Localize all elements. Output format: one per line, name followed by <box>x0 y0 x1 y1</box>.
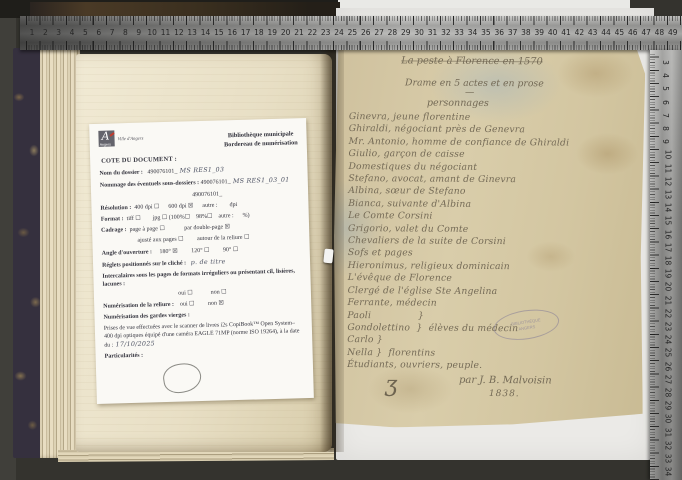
horizontal-ruler: 1234567891011121314151617181920212223242… <box>20 16 682 50</box>
ruler-number: 6 <box>93 28 105 37</box>
ruler-number: 41 <box>560 28 572 37</box>
ruler-number: 22 <box>306 28 318 37</box>
ruler-number: 46 <box>627 28 639 37</box>
ruler-number: 12 <box>173 28 185 37</box>
form-field-label: Angle d'ouverture : <box>102 249 152 256</box>
ruler-number: 27 <box>663 375 672 385</box>
ruler-number: 21 <box>663 295 672 305</box>
ruler-number: 4 <box>66 28 78 37</box>
handwritten-value: MS RES1_03 <box>177 167 224 175</box>
ruler-number: 43 <box>587 28 599 37</box>
ruler-ticks <box>26 41 682 50</box>
ruler-number: 3 <box>661 60 670 65</box>
form-field-label: Numérisation de la reliure : <box>103 302 174 310</box>
manuscript-separator: — <box>465 89 635 98</box>
manuscript-signature: par J. B. Malvoisin <box>459 374 552 386</box>
form-field-label: Cadrage : <box>101 227 127 234</box>
stamp-line2: ANGERS <box>518 323 535 331</box>
ruler-number: 16 <box>226 28 238 37</box>
metal-clip-glint <box>323 249 333 264</box>
ruler-number: 28 <box>386 28 398 37</box>
ruler-number: 18 <box>663 256 672 266</box>
ruler-number: 36 <box>493 28 505 37</box>
ruler-number: 47 <box>640 28 652 37</box>
ruler-number: 24 <box>333 28 345 37</box>
ruler-number: 31 <box>427 28 439 37</box>
ruler-number: 22 <box>663 309 672 319</box>
ruler-number: 13 <box>663 190 672 200</box>
ruler-number: 28 <box>663 388 672 398</box>
form-field-text: 490076101_ <box>192 191 222 198</box>
ruler-number: 11 <box>160 28 172 37</box>
ruler-number: 30 <box>663 414 672 424</box>
form-field-text: ajusté aux pages ☐ autour de la reliure … <box>137 235 249 244</box>
ruler-number: 24 <box>663 335 672 345</box>
ruler-number: 19 <box>266 28 278 37</box>
ruler-number: 7 <box>661 113 670 118</box>
ruler-number: 37 <box>507 28 519 37</box>
manuscript-subtitle: Drame en 5 actes et en prose <box>405 77 635 90</box>
form-row: Intercalaires sous les pages de formats … <box>102 268 301 289</box>
ruler-number: 27 <box>373 28 385 37</box>
ruler-number: 26 <box>663 361 672 371</box>
ruler-number: 15 <box>663 216 672 226</box>
handwritten-value: 17/10/2025 <box>113 340 155 348</box>
form-field-label: Réglets positionnés sur le cliché : <box>102 260 186 268</box>
ruler-number: 17 <box>240 28 252 37</box>
form-field-text: page à page ☐ par double-page ☒ <box>127 224 231 233</box>
form-row: 490076101_ <box>192 189 299 200</box>
ruler-number: 18 <box>253 28 265 37</box>
ruler-number: 14 <box>663 203 672 213</box>
ruler-number: 20 <box>280 28 292 37</box>
ruler-number: 21 <box>293 28 305 37</box>
ruler-number: 1 <box>26 28 38 37</box>
form-header-line2: Bordereau de numérisation <box>224 138 298 149</box>
ink-flourish: ʒ <box>385 372 398 397</box>
ruler-number: 13 <box>186 28 198 37</box>
vertical-ruler: 3456789101112131415161718192021222324252… <box>650 50 682 480</box>
ruler-number: 34 <box>467 28 479 37</box>
form-field-label: Nom du dossier : <box>99 170 143 177</box>
ruler-number: 34 <box>663 467 672 477</box>
ruler-number: 30 <box>413 28 425 37</box>
form-header-title: Bibliothèque municipale Bordereau de num… <box>224 125 298 149</box>
ruler-number: 5 <box>661 87 670 92</box>
form-header: A Angers Ville d'Angers Bibliothèque mun… <box>98 125 298 153</box>
ruler-number: 29 <box>663 401 672 411</box>
handwritten-value: p. de titre <box>186 258 226 266</box>
logo-city-label: Angers <box>100 142 111 146</box>
ruler-number: 15 <box>213 28 225 37</box>
manuscript-content: La peste à Florence en 1570 Drame en 5 a… <box>333 45 646 429</box>
marbled-book-board <box>13 48 43 458</box>
ruler-number: 23 <box>663 322 672 332</box>
ruler-number: 19 <box>663 269 672 279</box>
ruler-number: 31 <box>663 427 672 437</box>
ruler-number: 33 <box>663 454 672 464</box>
form-row: Prises de vue effectuées avec le scanner… <box>104 321 304 351</box>
form-field-text: tiff ☐ jpg ☐ (100%☐ 98%☐ autre : %) <box>124 213 250 223</box>
digitization-form: A Angers Ville d'Angers Bibliothèque mun… <box>89 118 314 404</box>
handwritten-value: MS RES1_03_01 <box>231 177 290 186</box>
logo-caption: Ville d'Angers <box>117 135 143 141</box>
ruler-number: 33 <box>453 28 465 37</box>
manuscript-section-heading: personnages <box>427 98 635 110</box>
ruler-number: 45 <box>613 28 625 37</box>
ruler-number: 35 <box>480 28 492 37</box>
logo-block: A Angers Ville d'Angers <box>98 130 143 147</box>
ruler-number: 23 <box>320 28 332 37</box>
form-field-label: Numérisation des gardes vierges : <box>103 313 189 321</box>
manuscript-lines: Ginevra, jeune florentineGhiraldi, négoc… <box>347 111 635 374</box>
ruler-ticks <box>650 54 659 480</box>
manuscript-line: Gondolettino } élèves du médecin <box>347 322 633 336</box>
ruler-number: 42 <box>573 28 585 37</box>
form-field-text: 400 dpi ☐ 600 dpi ☒ autre : dpi <box>131 202 237 211</box>
logo-letter: A <box>101 130 109 143</box>
form-field-text: oui ☐ non ☐ <box>178 289 227 296</box>
ruler-number: 25 <box>663 348 672 358</box>
ruler-number: 39 <box>533 28 545 37</box>
ruler-number: 7 <box>106 28 118 37</box>
ruler-number: 25 <box>346 28 358 37</box>
ruler-number: 38 <box>520 28 532 37</box>
ruler-number: 40 <box>547 28 559 37</box>
ruler-number: 12 <box>663 177 672 187</box>
page-edges-stack <box>40 50 80 458</box>
ruler-number: 48 <box>653 28 665 37</box>
ruler-number: 32 <box>440 28 452 37</box>
ruler-number: 14 <box>200 28 212 37</box>
form-field-label: Intercalaires sous les pages de formats … <box>102 268 296 287</box>
form-field-label: Particularités : <box>105 353 144 360</box>
form-field-text: 490076101_ <box>199 180 231 187</box>
form-row: ajusté aux pages ☐ autour de la reliure … <box>137 234 300 246</box>
ruler-number: 17 <box>663 243 672 253</box>
ruler-number: 29 <box>400 28 412 37</box>
form-rows: Nom du dossier : 490076101_ MS RES1_03No… <box>99 165 303 362</box>
manuscript-title: La peste à Florence en 1570 <box>401 55 635 68</box>
manuscript-signature-row: ʒ par J. B. Malvoisin 1838. <box>347 372 633 414</box>
ruler-number: 8 <box>119 28 131 37</box>
ruler-number: 9 <box>133 28 145 37</box>
manuscript-year: 1838. <box>489 389 520 399</box>
ruler-number: 26 <box>360 28 372 37</box>
ruler-number: 6 <box>661 100 670 105</box>
manuscript-page: La peste à Florence en 1570 Drame en 5 a… <box>333 45 646 429</box>
ruler-number: 3 <box>53 28 65 37</box>
ruler-number: 10 <box>146 28 158 37</box>
form-row: Particularités : <box>105 348 304 361</box>
ruler-number: 11 <box>663 163 672 173</box>
ruler-number: 2 <box>39 28 51 37</box>
angers-logo-icon: A Angers <box>98 130 114 146</box>
form-section-title: COTE DU DOCUMENT : <box>101 153 298 165</box>
form-field-text: 180° ☒ 120° ☐ 90° ☐ <box>152 247 238 255</box>
form-field-label: Format : <box>101 216 124 223</box>
ruler-number: 10 <box>663 150 672 160</box>
ruler-ticks <box>26 16 682 25</box>
ruler-number: 49 <box>667 28 679 37</box>
ruler-number: 20 <box>663 282 672 292</box>
ruler-number: 9 <box>661 139 670 144</box>
ruler-number: 4 <box>661 73 670 78</box>
form-field-label: Résolution : <box>100 205 131 212</box>
form-field-label: Nommage des éventuels sous-dossiers : <box>100 180 199 189</box>
form-field-text: 490076101_ <box>143 169 178 176</box>
ruler-number: 5 <box>79 28 91 37</box>
form-field-text: oui ☐ non ☒ <box>174 301 224 308</box>
ruler-number: 32 <box>663 441 672 451</box>
book-scan-photo: La peste à Florence en 1570 Drame en 5 a… <box>0 0 682 480</box>
ruler-number: 8 <box>661 126 670 131</box>
ruler-number: 44 <box>600 28 612 37</box>
hand-drawn-circle <box>161 361 203 395</box>
ruler-number: 16 <box>663 229 672 239</box>
